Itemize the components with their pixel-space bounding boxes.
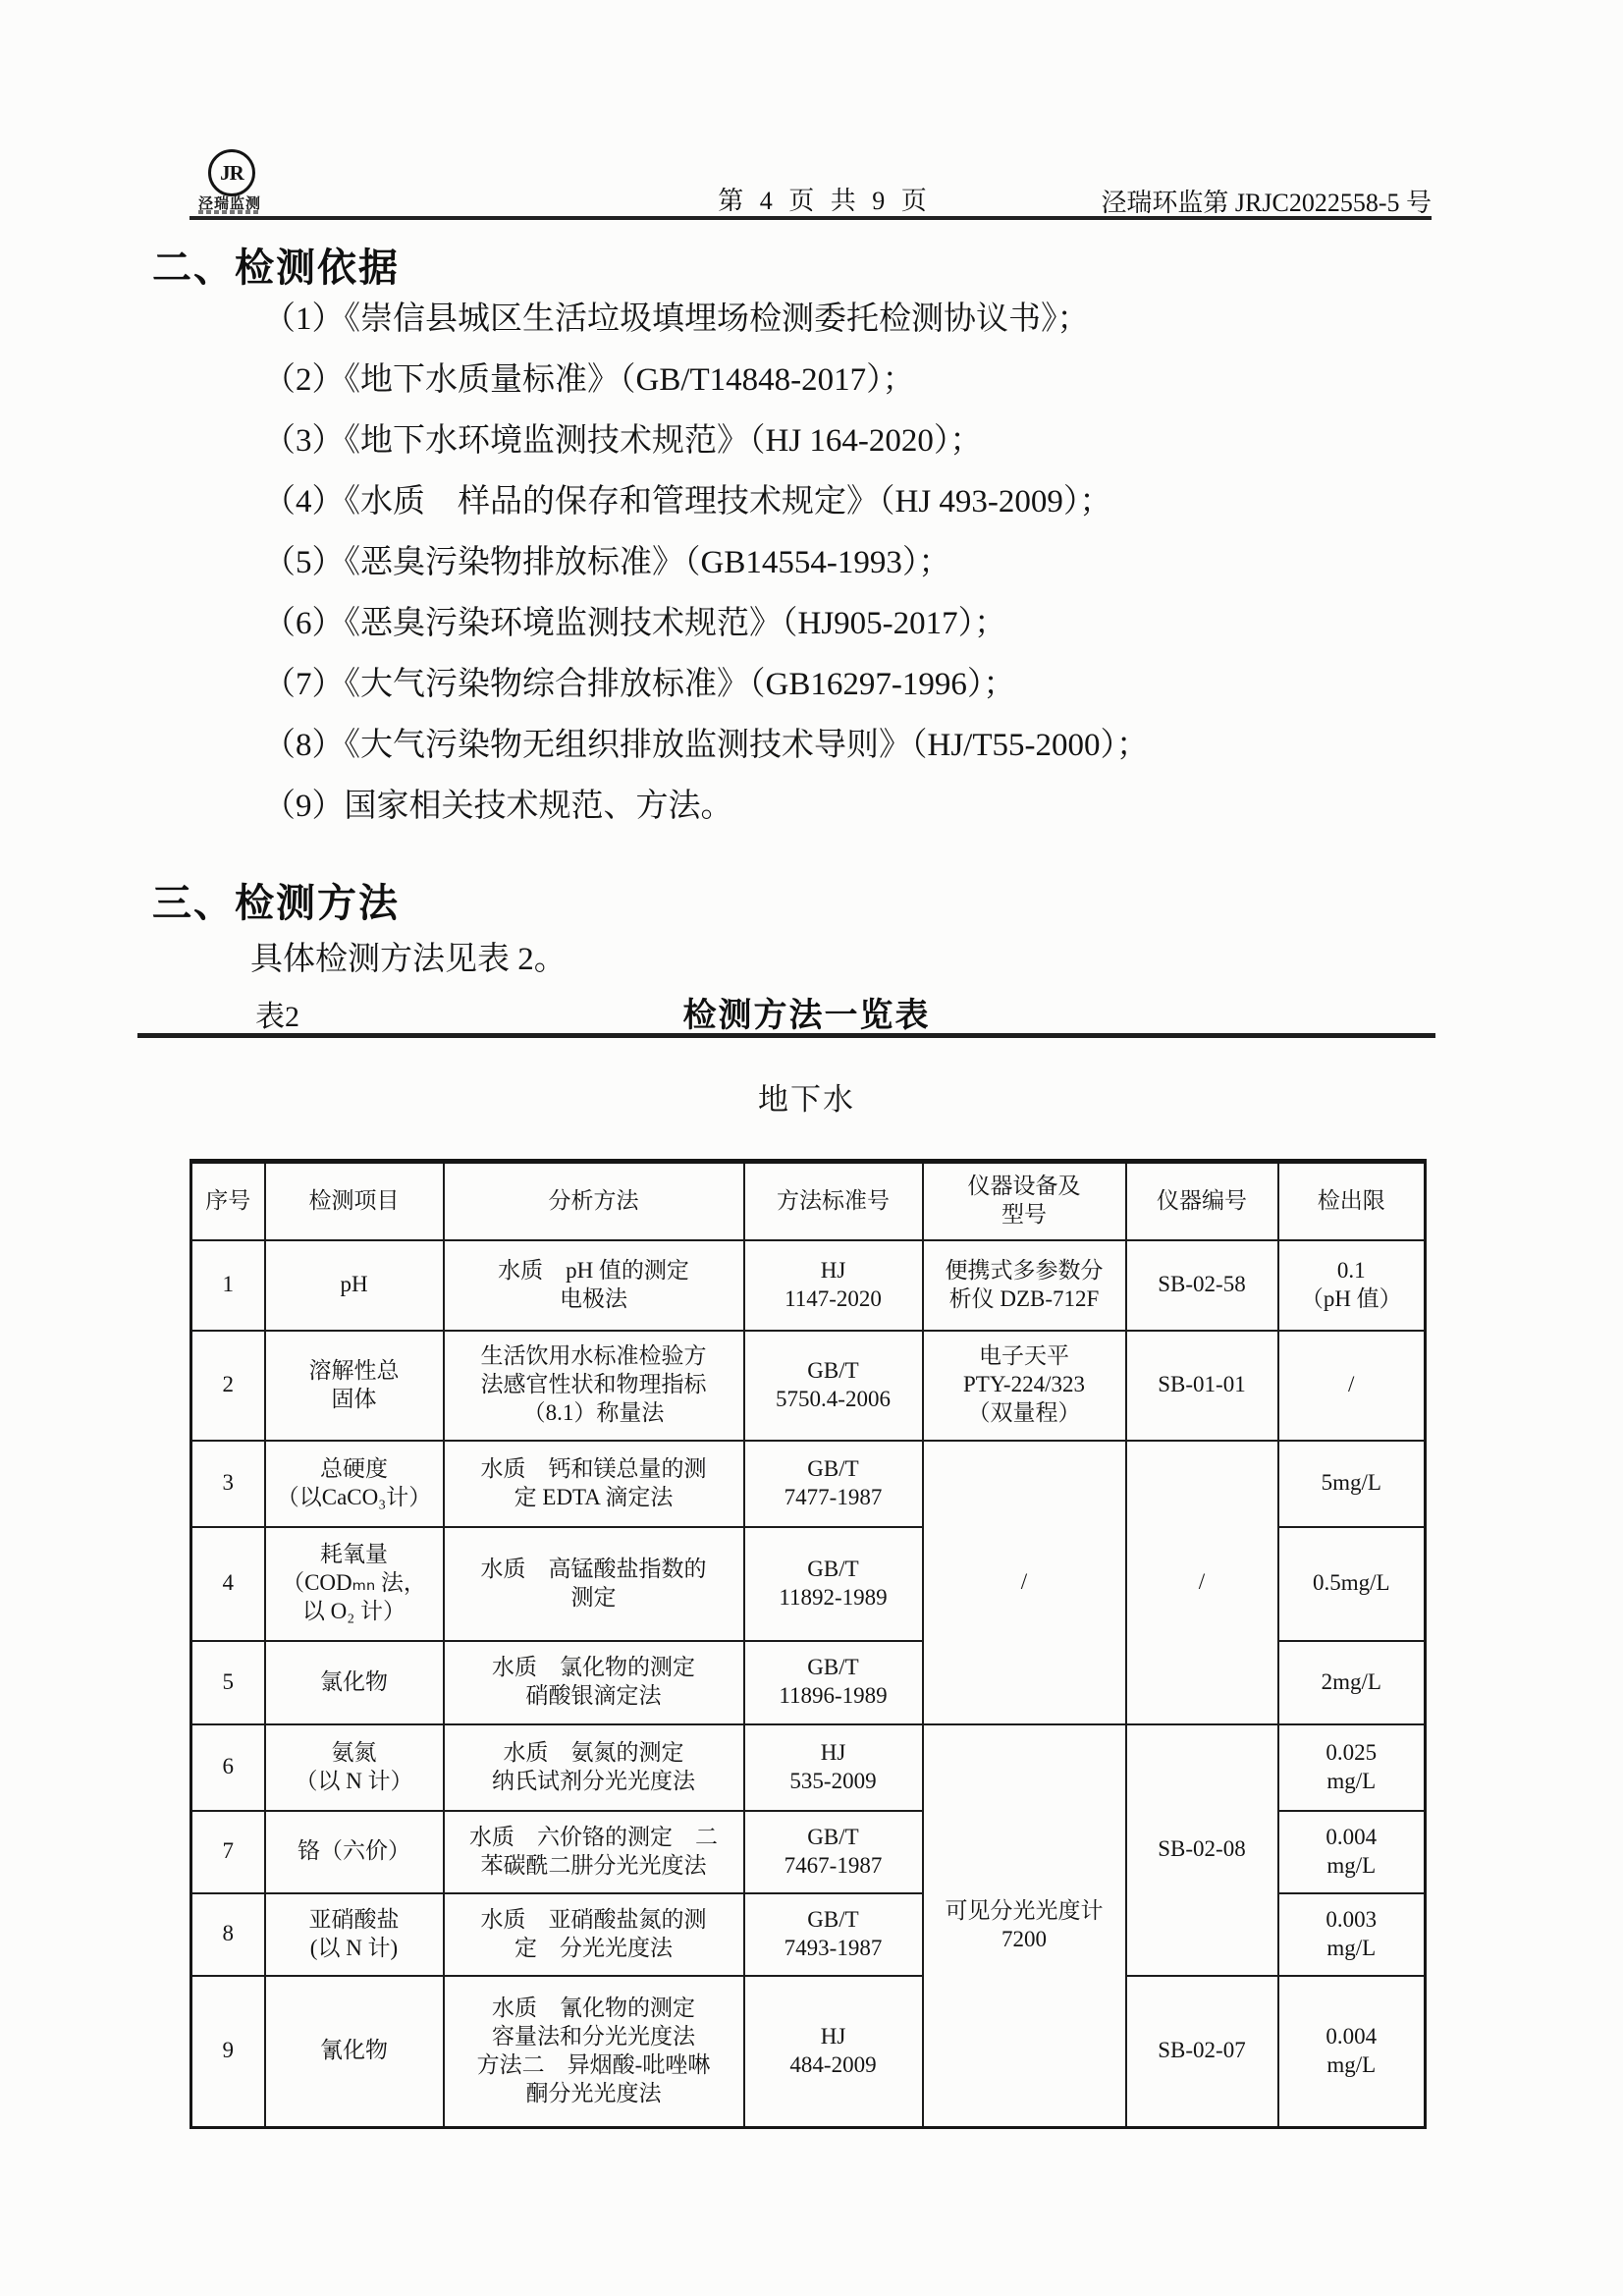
table-cell: 0.004 mg/L	[1278, 1811, 1426, 1893]
table-cell: 铬（六价）	[265, 1811, 444, 1893]
table-cell: GB/T 7477-1987	[744, 1441, 923, 1527]
table-cell: 8	[191, 1893, 265, 1976]
table-cell: 溶解性总 固体	[265, 1331, 444, 1441]
header-cell: 方法标准号	[744, 1162, 923, 1240]
table-cell: 水质 pH 值的测定 电极法	[444, 1240, 744, 1331]
table-cell: 水质 氨氮的测定 纳氏试剂分光光度法	[444, 1724, 744, 1811]
basis-item: （8）《大气污染物无组织排放监测技术导则》（HJ/T55-2000）；	[263, 723, 1432, 784]
header-cell: 仪器编号	[1126, 1162, 1278, 1240]
table-cell: 6	[191, 1724, 265, 1811]
table-cell: GB/T 7467-1987	[744, 1811, 923, 1893]
table-cell: GB/T 7493-1987	[744, 1893, 923, 1976]
header-cell: 检测项目	[265, 1162, 444, 1240]
table-cell: 水质 六价铬的测定 二 苯碳酰二肼分光光度法	[444, 1811, 744, 1893]
table-cell: 0.025 mg/L	[1278, 1724, 1426, 1811]
table-cell: 便携式多参数分 析仪 DZB-712F	[923, 1240, 1126, 1331]
table-cell: /	[1278, 1331, 1426, 1441]
table-cell: 4	[191, 1527, 265, 1641]
caption-rule	[137, 1033, 1435, 1038]
table-cell-merged: /	[923, 1441, 1126, 1724]
table-row: 6 氨氮 （以 N 计） 水质 氨氮的测定 纳氏试剂分光光度法 HJ 535-2…	[191, 1724, 1426, 1811]
table-header-row: 序号 检测项目 分析方法 方法标准号 仪器设备及 型号 仪器编号 检出限	[191, 1162, 1426, 1240]
table-cell: 水质 高锰酸盐指数的 测定	[444, 1527, 744, 1641]
table-cell: GB/T 5750.4-2006	[744, 1331, 923, 1441]
table-cell: 水质 氯化物的测定 硝酸银滴定法	[444, 1641, 744, 1724]
jr-logo-icon: JR	[208, 149, 255, 196]
table-cell: HJ 535-2009	[744, 1724, 923, 1811]
section-heading-basis: 二、检测依据	[152, 237, 400, 293]
table-cell: 亚硝酸盐 (以 N 计)	[265, 1893, 444, 1976]
table-subtitle: 地下水	[189, 1074, 1424, 1119]
table-row: 9 氰化物 水质 氰化物的测定 容量法和分光光度法 方法二 异烟酸-吡唑啉 酮分…	[191, 1976, 1426, 2128]
table-cell: HJ 1147-2020	[744, 1240, 923, 1331]
document-number: 泾瑞环监第 JRJC2022558-5 号	[1011, 183, 1432, 219]
basis-item: （4）《水质 样品的保存和管理技术规定》（HJ 493-2009）；	[263, 479, 1432, 540]
table-row: 3 总硬度 （以CaCO₃计） 水质 钙和镁总量的测 定 EDTA 滴定法 GB…	[191, 1441, 1426, 1527]
header-cell: 检出限	[1278, 1162, 1426, 1240]
header-cell: 序号	[191, 1162, 265, 1240]
table-cell: SB-02-58	[1126, 1240, 1278, 1331]
table-cell: 7	[191, 1811, 265, 1893]
table-cell: 2mg/L	[1278, 1641, 1426, 1724]
basis-list: （1）《崇信县城区生活垃圾填埋场检测委托检测协议书》； （2）《地下水质量标准》…	[263, 297, 1432, 845]
table-title: 检测方法一览表	[189, 988, 1424, 1036]
table-cell-merged: SB-02-08	[1126, 1724, 1278, 1976]
table-cell: 2	[191, 1331, 265, 1441]
table-cell: 5	[191, 1641, 265, 1724]
table-cell: 0.1 （pH 值）	[1278, 1240, 1426, 1331]
table-cell: 9	[191, 1976, 265, 2128]
table-cell: 总硬度 （以CaCO₃计）	[265, 1441, 444, 1527]
table-cell-merged: /	[1126, 1441, 1278, 1724]
methods-table-container: 序号 检测项目 分析方法 方法标准号 仪器设备及 型号 仪器编号 检出限 1 p…	[189, 1159, 1427, 2129]
table-cell: 氰化物	[265, 1976, 444, 2128]
table-cell: GB/T 11892-1989	[744, 1527, 923, 1641]
basis-item: （5）《恶臭污染物排放标准》（GB14554-1993）；	[263, 540, 1432, 601]
table-cell: 0.003 mg/L	[1278, 1893, 1426, 1976]
header-cell: 分析方法	[444, 1162, 744, 1240]
header-rule	[189, 216, 1432, 220]
basis-item: （7）《大气污染物综合排放标准》（GB16297-1996）；	[263, 662, 1432, 723]
basis-item: （9）国家相关技术规范、方法。	[263, 784, 1432, 845]
basis-item: （3）《地下水环境监测技术规范》（HJ 164-2020）；	[263, 418, 1432, 479]
table-cell: 水质 氰化物的测定 容量法和分光光度法 方法二 异烟酸-吡唑啉 酮分光光度法	[444, 1976, 744, 2128]
table-cell: 水质 钙和镁总量的测 定 EDTA 滴定法	[444, 1441, 744, 1527]
basis-item: （2）《地下水质量标准》（GB/T14848-2017）；	[263, 357, 1432, 418]
table-cell: 耗氧量 （CODₘₙ 法， 以 O₂ 计）	[265, 1527, 444, 1641]
header-cell: 仪器设备及 型号	[923, 1162, 1126, 1240]
methods-table: 序号 检测项目 分析方法 方法标准号 仪器设备及 型号 仪器编号 检出限 1 p…	[189, 1159, 1427, 2129]
table-cell: HJ 484-2009	[744, 1976, 923, 2128]
table-cell: 氯化物	[265, 1641, 444, 1724]
table-cell: 1	[191, 1240, 265, 1331]
logo-subtext-line	[198, 210, 261, 214]
page-number: 第 4 页 共 9 页	[677, 181, 972, 217]
table-cell: GB/T 11896-1989	[744, 1641, 923, 1724]
table-cell: 氨氮 （以 N 计）	[265, 1724, 444, 1811]
section-heading-methods: 三、检测方法	[152, 872, 400, 928]
table-cell: 0.5mg/L	[1278, 1527, 1426, 1641]
table-cell: 3	[191, 1441, 265, 1527]
basis-item: （1）《崇信县城区生活垃圾填埋场检测委托检测协议书》；	[263, 297, 1432, 357]
table-cell: pH	[265, 1240, 444, 1331]
table-cell: 5mg/L	[1278, 1441, 1426, 1527]
basis-item: （6）《恶臭污染环境监测技术规范》（HJ905-2017）；	[263, 601, 1432, 662]
table-cell: 电子天平 PTY-224/323 （双量程）	[923, 1331, 1126, 1441]
table-cell: 0.004 mg/L	[1278, 1976, 1426, 2128]
table-cell: 水质 亚硝酸盐氮的测 定 分光光度法	[444, 1893, 744, 1976]
table-cell: SB-01-01	[1126, 1331, 1278, 1441]
table-cell-merged: 可见分光光度计 7200	[923, 1724, 1126, 2128]
table-cell: 生活饮用水标准检验方 法感官性状和物理指标 （8.1）称量法	[444, 1331, 744, 1441]
table-row: 2 溶解性总 固体 生活饮用水标准检验方 法感官性状和物理指标 （8.1）称量法…	[191, 1331, 1426, 1441]
table-cell: SB-02-07	[1126, 1976, 1278, 2128]
methods-intro: 具体检测方法见表 2。	[250, 933, 567, 979]
table-row: 1 pH 水质 pH 值的测定 电极法 HJ 1147-2020 便携式多参数分…	[191, 1240, 1426, 1331]
